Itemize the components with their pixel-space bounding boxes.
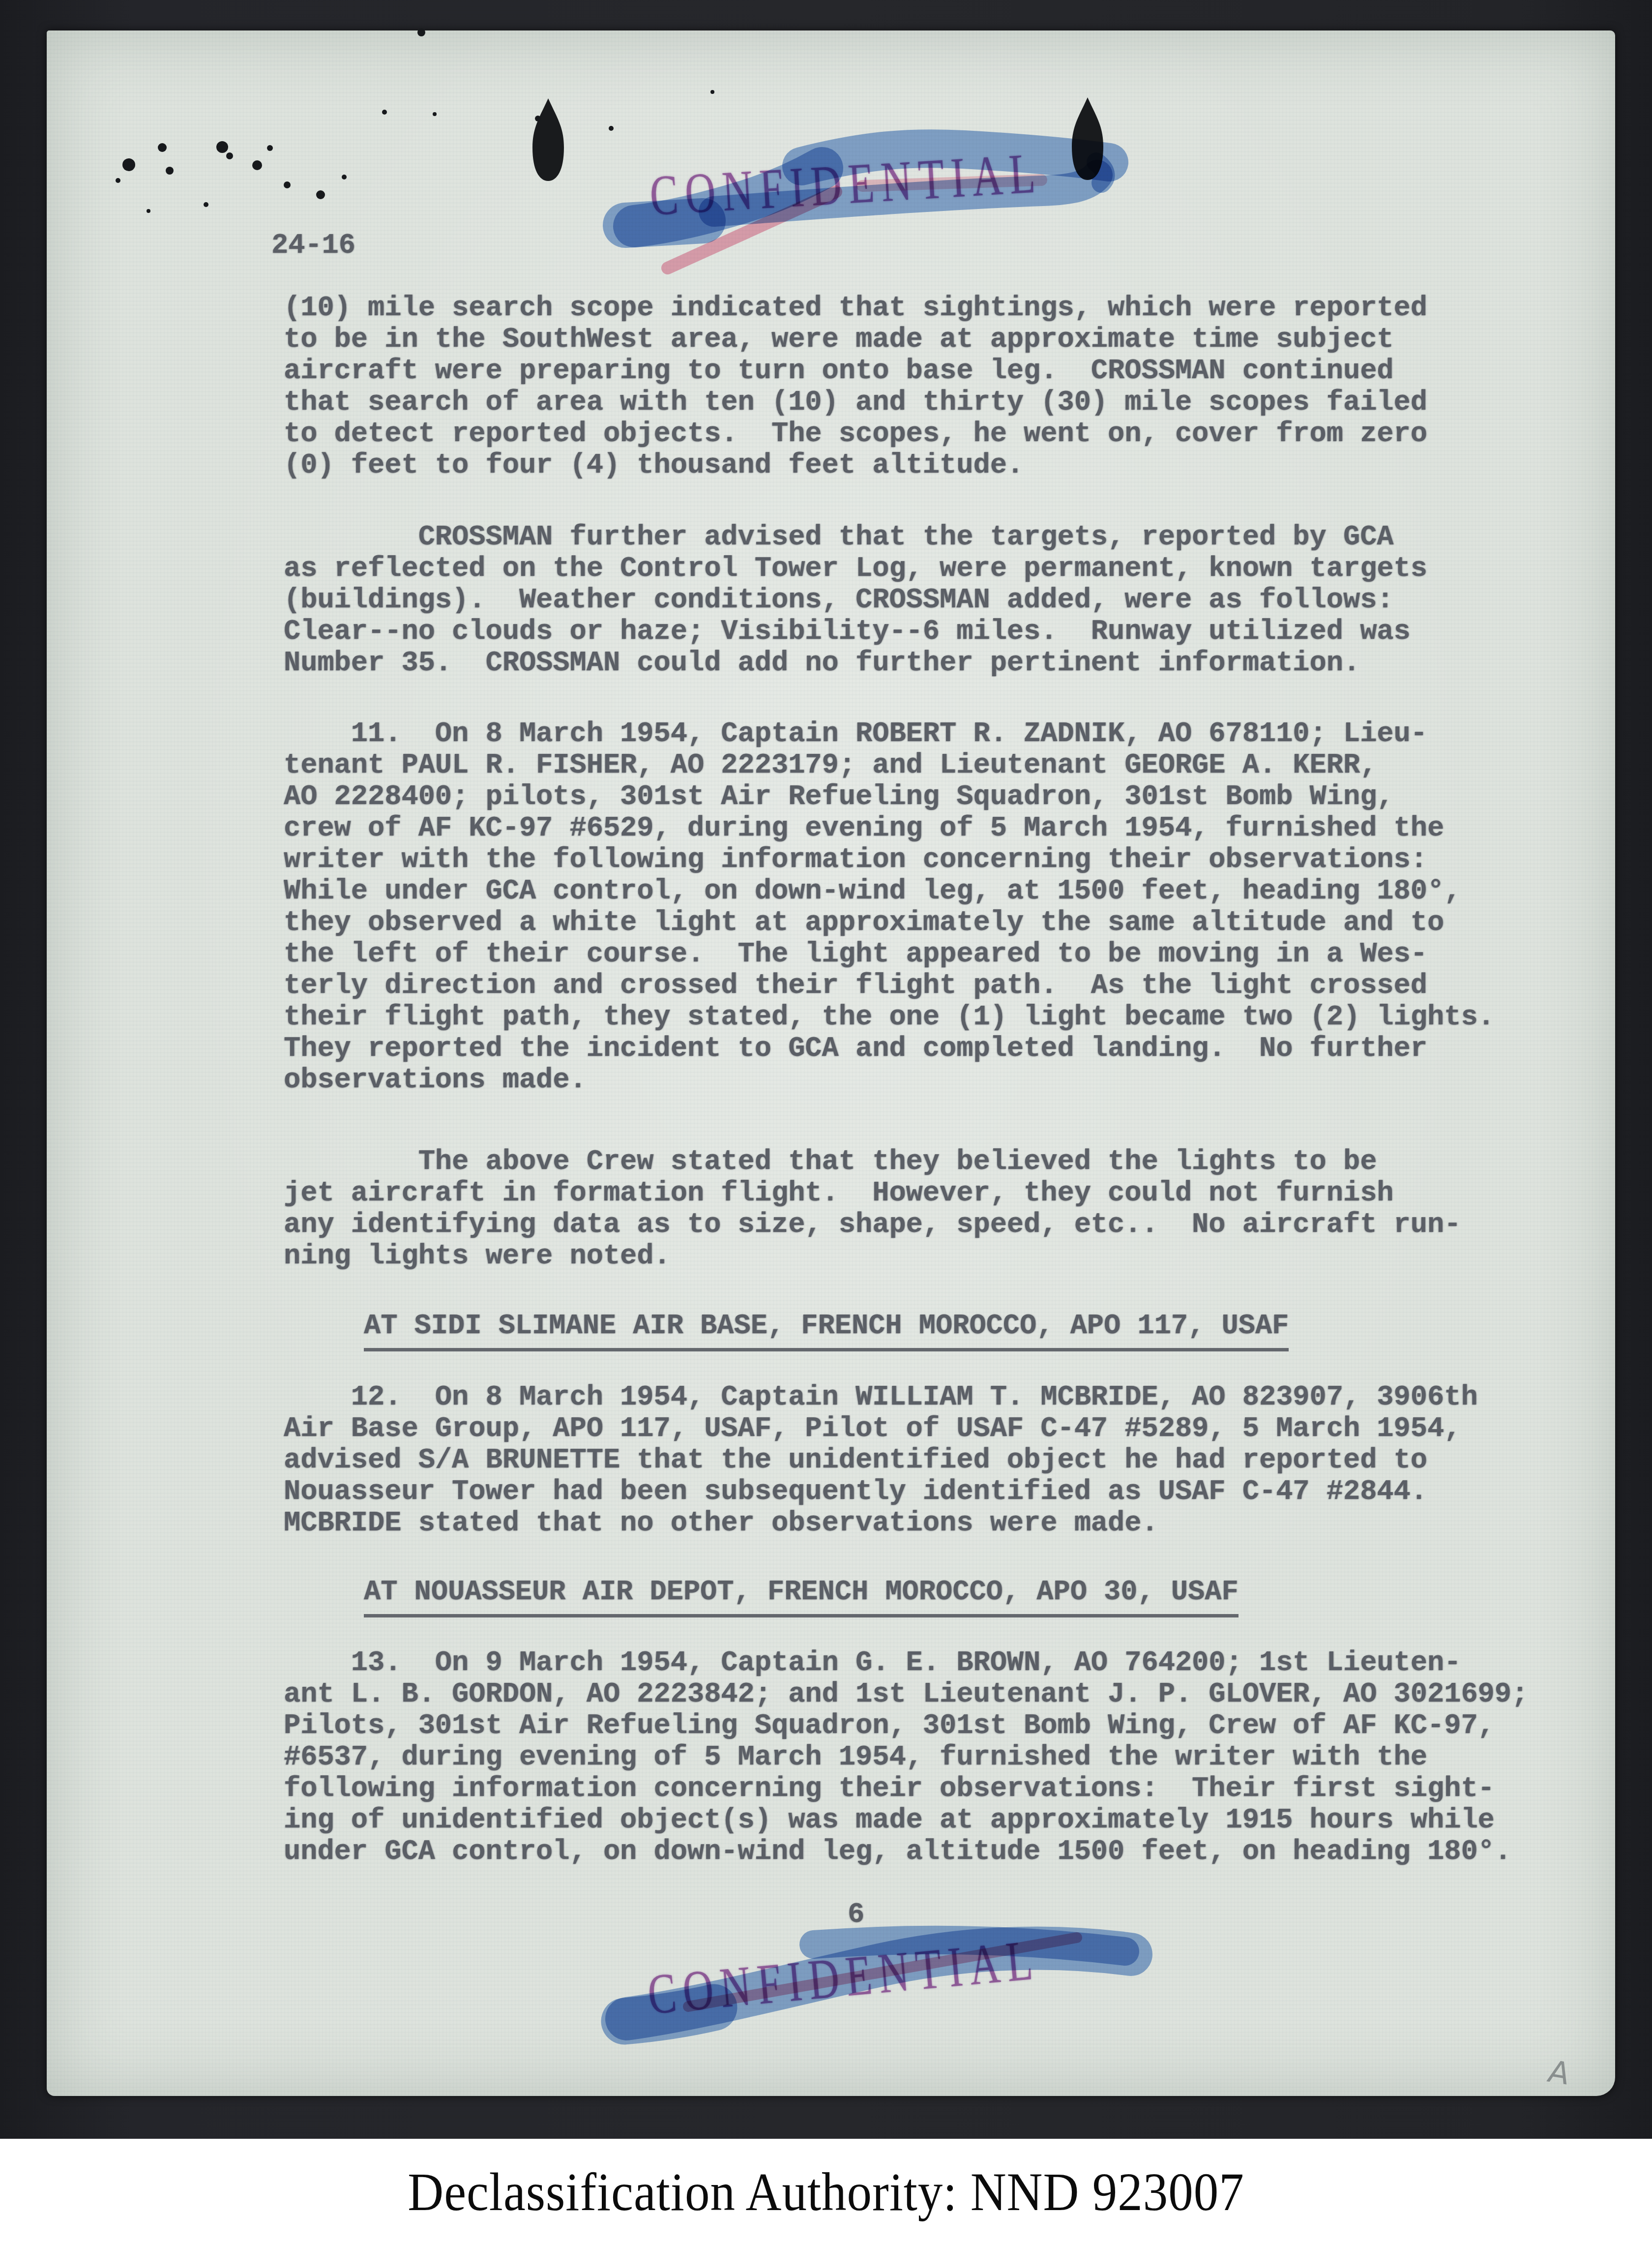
paragraph-item-11: 11. On 8 March 1954, Captain ROBERT R. Z… xyxy=(284,718,1495,1096)
page-reference: 24-16 xyxy=(271,230,355,262)
paragraph-scope-continuation: (10) mile search scope indicated that si… xyxy=(284,293,1427,481)
page-number: 6 xyxy=(848,1899,864,1931)
declassification-footer: Declassification Authority: NND 923007 xyxy=(0,2139,1652,2245)
paragraph-crossman-weather: CROSSMAN further advised that the target… xyxy=(284,522,1427,679)
paragraph-item-12: 12. On 8 March 1954, Captain WILLIAM T. … xyxy=(284,1382,1478,1539)
declassification-text: Declassification Authority: NND 923007 xyxy=(408,2160,1244,2223)
paragraph-crew-opinion: The above Crew stated that they believed… xyxy=(284,1146,1461,1272)
scanned-document-page: 24-16 (10) mile search scope indicated t… xyxy=(0,0,1652,2245)
section-heading-sidi-slimane: AT SIDI SLIMANE AIR BASE, FRENCH MOROCCO… xyxy=(364,1311,1289,1351)
paragraph-item-13: 13. On 9 March 1954, Captain G. E. BROWN… xyxy=(284,1647,1528,1868)
section-heading-nouasseur: AT NOUASSEUR AIR DEPOT, FRENCH MOROCCO, … xyxy=(364,1577,1239,1617)
